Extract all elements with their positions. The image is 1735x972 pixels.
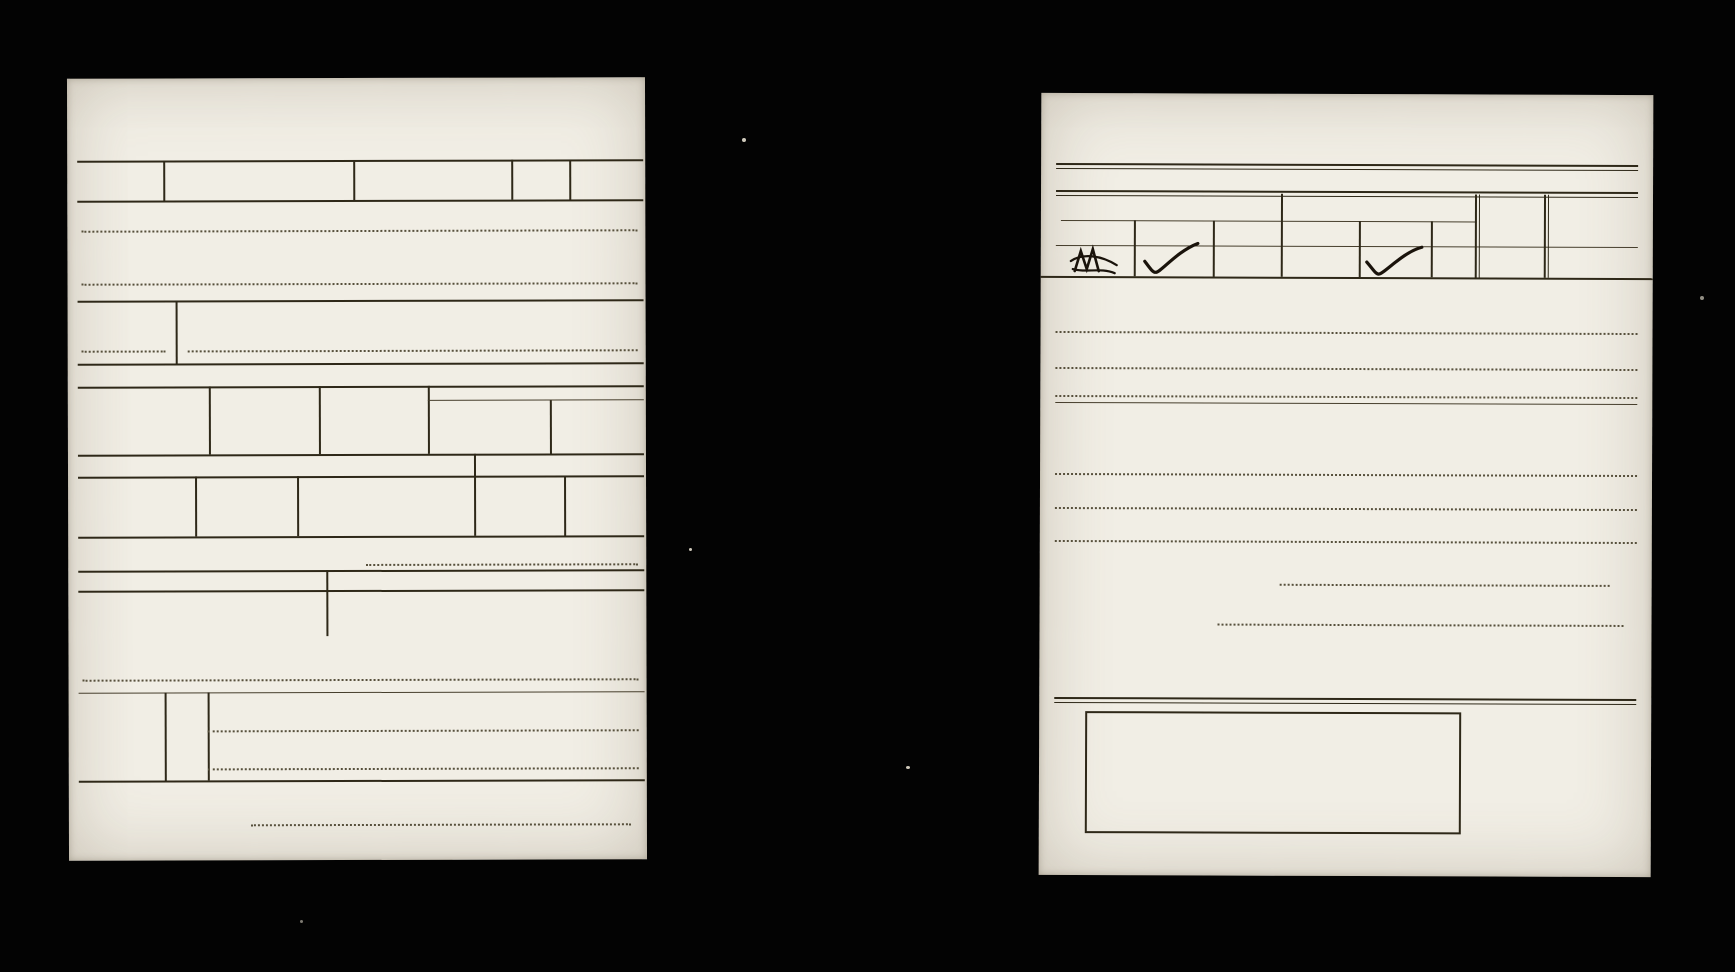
divider (511, 160, 513, 200)
divider (1213, 221, 1215, 277)
dotted-line (1055, 367, 1637, 371)
us-citizen-header (68, 458, 474, 459)
dust-speck (689, 548, 692, 551)
rule (78, 385, 644, 388)
question30-text (1060, 411, 1636, 428)
rule (78, 589, 644, 592)
dotted-line (82, 351, 166, 353)
divider (209, 386, 211, 454)
address-field-label (83, 251, 89, 263)
dust-speck (906, 766, 910, 769)
dotted-line (1055, 395, 1637, 399)
divider (1134, 220, 1136, 276)
local-board-stamp-box (1085, 711, 1461, 834)
registration-card-title (129, 123, 645, 124)
dotted-line (208, 729, 639, 732)
rule (1041, 276, 1653, 280)
dotted-line (208, 767, 639, 770)
rule (78, 535, 644, 538)
height-group-header (1061, 199, 1281, 200)
rule (79, 691, 645, 693)
dotted-line (82, 282, 638, 285)
rule (77, 159, 643, 162)
race-section-header (130, 370, 646, 371)
employer-header (326, 573, 606, 574)
double-rule (1056, 163, 1638, 171)
dotted-line (1056, 331, 1638, 335)
dotted-line (1218, 624, 1624, 627)
divider (564, 475, 566, 535)
divider (428, 386, 430, 454)
divider (176, 300, 178, 363)
scratched-mark-icon (1069, 243, 1121, 277)
divider (208, 692, 210, 780)
divider (569, 159, 571, 199)
rule (77, 199, 643, 202)
dotted-line (251, 823, 631, 826)
divider (1475, 194, 1477, 277)
divider (474, 454, 476, 536)
rule (78, 569, 644, 572)
divider (319, 386, 321, 454)
divider (297, 476, 299, 536)
dotted-line (1055, 507, 1637, 511)
rule (78, 362, 644, 365)
divider (1281, 194, 1283, 277)
dotted-line (83, 678, 639, 681)
divider (195, 476, 197, 536)
dotted-line (188, 349, 638, 352)
stamp-box-note (1075, 837, 1471, 838)
checkmark-icon (1141, 239, 1201, 275)
divider (326, 570, 328, 636)
dotted-line (1055, 473, 1637, 477)
checkmark-icon (1363, 242, 1425, 278)
registration-card (67, 77, 647, 861)
divider (1544, 195, 1546, 278)
rule (1055, 402, 1637, 405)
double-rule (1056, 190, 1638, 198)
rule (78, 453, 644, 456)
stamp-box-label (1087, 826, 1459, 827)
divider (550, 399, 552, 453)
divider (163, 161, 165, 201)
dust-speck (742, 138, 746, 142)
dust-speck (1700, 296, 1704, 300)
description-section-header (1041, 173, 1653, 175)
dotted-line (1055, 540, 1637, 544)
double-rule (1054, 697, 1636, 705)
rule (78, 299, 644, 302)
divider (1431, 221, 1433, 277)
rule (428, 399, 644, 401)
divider (1359, 221, 1361, 277)
employment-field-label (84, 641, 89, 652)
divider (1548, 195, 1549, 278)
occupation-header (68, 574, 326, 575)
dotted-line (1280, 584, 1610, 587)
rule (1061, 220, 1477, 222)
divider (165, 692, 167, 780)
rule (79, 779, 645, 782)
dust-speck (300, 920, 303, 923)
build-group-header (1281, 200, 1477, 201)
rule (78, 475, 644, 478)
divider (353, 160, 355, 200)
question29-text (1061, 283, 1646, 297)
registrars-report-card (1039, 93, 1654, 877)
divider (1479, 194, 1480, 277)
dotted-line (366, 563, 638, 566)
dotted-line (81, 229, 637, 232)
